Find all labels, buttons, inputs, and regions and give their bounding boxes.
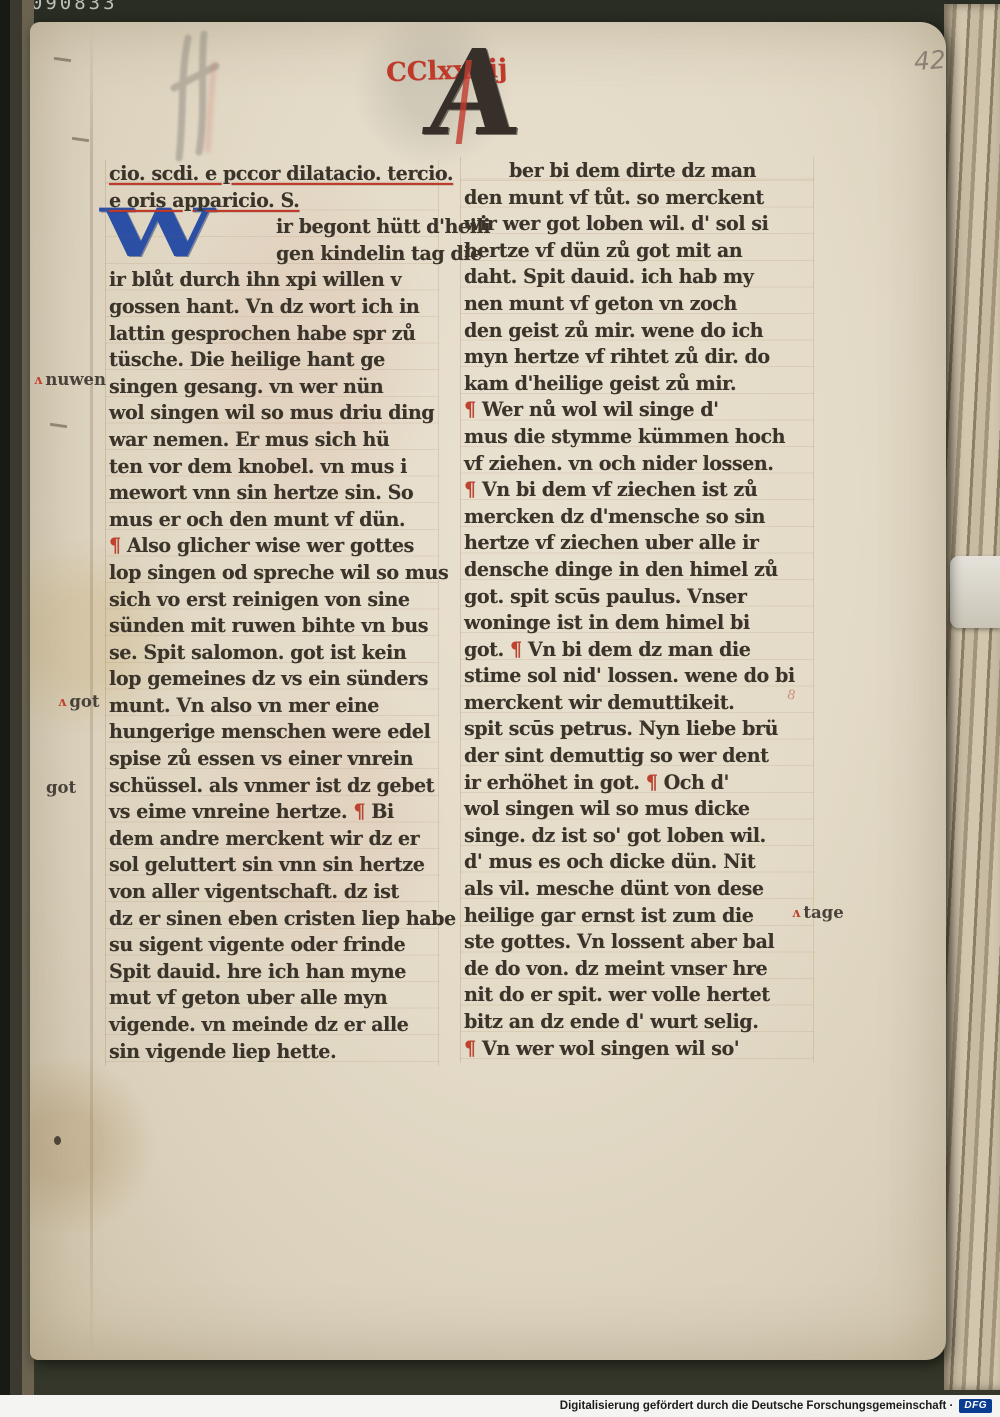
text-line: mus die stymme kümmen hoch	[461, 423, 813, 451]
text-line: singe. dz ist so' got loben wil.	[461, 822, 813, 850]
text-line: den geist zů mir. wene do ich	[461, 317, 813, 345]
text-line: munt. Vn also vn mer eine	[106, 692, 438, 720]
text-line: sin vigende liep hette.	[106, 1038, 438, 1066]
text-line: schüssel. als vnmer ist dz gebet	[106, 772, 438, 800]
text-line: myn hertze vf rihtet zů dir. do	[461, 343, 813, 371]
text-line: kam d'heilige geist zů mir.	[461, 370, 813, 398]
text-line: d' mus es och dicke dün. Nit	[461, 848, 813, 876]
text-line: lop singen od spreche wil so mus	[106, 559, 438, 587]
text-line: mewort vnn sin hertze sin. So	[106, 479, 438, 507]
margin-note-got-2: got	[46, 778, 76, 797]
caret-insert-icon: ʌ	[58, 695, 66, 710]
text-line: tüsche. Die heilige hant ge	[106, 346, 438, 374]
text-line: merckent wir demuttikeit.	[461, 689, 813, 717]
text-line: ten vor dem knobel. vn mus i	[106, 453, 438, 481]
text-line: sol geluttert sin vnn sin hertze	[106, 851, 438, 879]
text-line: daht. Spit dauid. ich hab my	[461, 263, 813, 291]
text-line: hertze vf ziechen uber alle ir	[461, 529, 813, 557]
text-line: got. spit scūs paulus. Vnser	[461, 583, 813, 611]
text-line: vs eime vnreine hertze. ¶ Bi	[106, 798, 438, 826]
text-line: ber bi dem dirte dz man	[461, 157, 813, 185]
text-line: mut vf geton uber alle myn	[106, 984, 438, 1012]
stitch-mark	[54, 57, 71, 62]
text-line: vigende. vn meinde dz er alle	[106, 1011, 438, 1039]
left-column: cio. scdi. e pccor dilatacio. tercio.e o…	[105, 160, 439, 1066]
text-line: ir blůt durch ihn xpi willen v	[106, 266, 438, 294]
stitch-mark	[72, 137, 89, 142]
text-line: densche dinge in den himel zů	[461, 556, 813, 584]
text-line: war nemen. Er mus sich hü	[106, 426, 438, 454]
text-line: hungerige menschen were edel	[106, 718, 438, 746]
page-edge-stack	[944, 4, 1000, 1390]
text-line: von aller vigentschaft. dz ist	[106, 878, 438, 906]
text-line: ¶ Also glicher wise wer gottes	[106, 532, 438, 560]
text-line: dz er sinen eben cristen liep habe	[106, 905, 438, 933]
page-edge-tab	[950, 556, 1000, 628]
text-line: got. ¶ Vn bi dem dz man die	[461, 636, 813, 664]
text-line: lattin gesprochen habe spr zů	[106, 320, 438, 348]
text-line: wir wer got loben wil. d' sol si	[461, 210, 813, 238]
text-line: stime sol nid' lossen. wene do bi	[461, 662, 813, 690]
text-line: gossen hant. Vn dz wort ich in	[106, 293, 438, 321]
text-line: wol singen wil so mus dicke	[461, 795, 813, 823]
text-line: Spit dauid. hre ich han myne	[106, 958, 438, 986]
text-line: ir begont hütt d'heili	[106, 213, 438, 241]
manuscript-scan: 00090833 CClxxiiij 42 W A cio. scdi. e p…	[0, 0, 1000, 1417]
text-line: ¶ Wer nů wol wil singe d'	[461, 396, 813, 424]
text-line: ir erhöhet in got. ¶ Och d'	[461, 769, 813, 797]
text-line: den munt vf tůt. so merckent	[461, 184, 813, 212]
text-line: vf ziehen. vn och nider lossen.	[461, 450, 813, 478]
dfg-footer: Digitalisierung gefördert durch die Deut…	[0, 1395, 1000, 1417]
text-line: dem andre merckent wir dz er	[106, 825, 438, 853]
text-line: heilige gar ernst ist zum die	[461, 902, 813, 930]
page-number-pencil: 42	[913, 45, 947, 76]
text-line: nit do er spit. wer volle hertet	[461, 981, 813, 1009]
worm-hole	[54, 1136, 61, 1145]
text-line: der sint demuttig so wer dent	[461, 742, 813, 770]
binding-edge	[0, 0, 34, 1417]
text-line: lop gemeines dz vs ein sünders	[106, 665, 438, 693]
pencil-mark	[158, 24, 238, 174]
text-line: cio. scdi. e pccor dilatacio. tercio.	[106, 160, 438, 188]
dfg-logo: DFG	[959, 1399, 992, 1413]
text-line: bitz an dz ende d' wurt selig.	[461, 1008, 813, 1036]
page-crease	[90, 22, 93, 1360]
text-line: ¶ Vn bi dem vf ziechen ist zů	[461, 476, 813, 504]
text-line: su sigent vigente oder frinde	[106, 931, 438, 959]
text-line: ste gottes. Vn lossent aber bal	[461, 928, 813, 956]
stitch-mark	[50, 423, 67, 428]
text-line: hertze vf dün zů got mit an	[461, 237, 813, 265]
text-line: singen gesang. vn wer nün	[106, 373, 438, 401]
caret-insert-icon: ʌ	[34, 373, 42, 388]
text-line: e oris apparicio. S.	[106, 187, 438, 215]
text-line: se. Spit salomon. got ist kein	[106, 639, 438, 667]
text-line: als vil. mesche dünt von dese	[461, 875, 813, 903]
text-line: wol singen wil so mus driu ding	[106, 399, 438, 427]
text-line: spit scūs petrus. Nyn liebe brü	[461, 715, 813, 743]
margin-note-label: tage	[803, 903, 843, 922]
right-column: ber bi dem dirte dz manden munt vf tůt. …	[460, 157, 814, 1063]
initial-a: A	[421, 34, 527, 152]
text-line: mercken dz d'mensche so sin	[461, 503, 813, 531]
margin-note-label: nuwen	[45, 370, 106, 389]
text-line: ¶ Vn wer wol singen wil so'	[461, 1035, 813, 1063]
text-line: nen munt vf geton vn zoch	[461, 290, 813, 318]
manuscript-page: CClxxiiij 42 W A cio. scdi. e pccor dila…	[30, 22, 946, 1360]
text-line: woninge ist in dem himel bi	[461, 609, 813, 637]
text-line: sich vo erst reinigen von sine	[106, 586, 438, 614]
margin-note-nuwen: ʌnuwen	[34, 370, 106, 389]
margin-note-label: got	[46, 778, 76, 797]
caret-insert-icon: ʌ	[792, 906, 800, 921]
text-line: sünden mit ruwen bihte vn bus	[106, 612, 438, 640]
margin-note-tage: ʌtage	[792, 903, 844, 922]
text-line: gen kindelin tag die	[106, 240, 438, 268]
margin-note-label: got	[69, 692, 99, 711]
margin-note-got-1: ʌgot	[58, 692, 100, 711]
text-line: de do von. dz meint vnser hre	[461, 955, 813, 983]
initial-a-letter: A	[420, 23, 529, 162]
text-line: mus er och den munt vf dün.	[106, 506, 438, 534]
text-line: spise zů essen vs einer vnrein	[106, 745, 438, 773]
footer-credit: Digitalisierung gefördert durch die Deut…	[560, 1400, 954, 1412]
